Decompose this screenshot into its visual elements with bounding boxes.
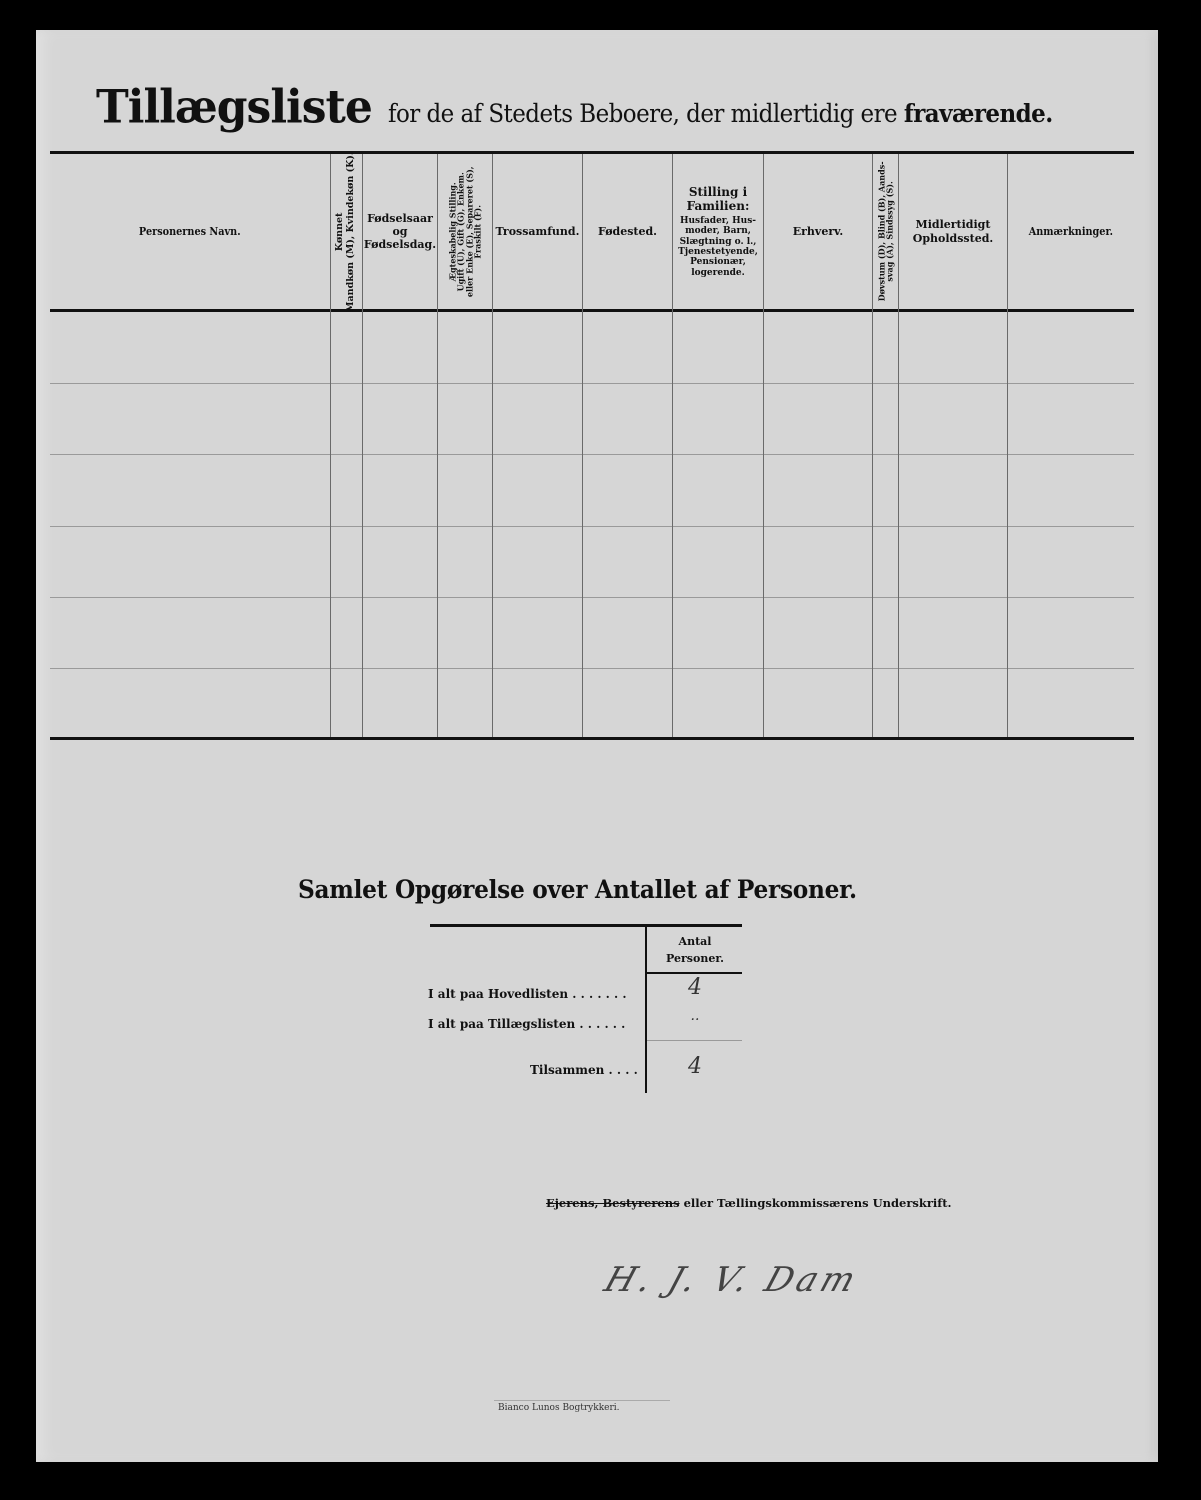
column-header-name: Personernes Navn. [50, 154, 330, 309]
column-header-temporary-residence: Midlertidigt Opholdssted. [899, 154, 1007, 309]
row-divider [50, 454, 1134, 455]
summary-top-rule [430, 924, 742, 927]
row-divider [50, 668, 1134, 669]
persons-table: Personernes Navn. Kønnet Mandkøn (M), Kv… [50, 151, 1134, 741]
table-header-rule [50, 309, 1134, 312]
signature-caption: Ejerens, Bestyrerens eller Tællingskommi… [546, 1196, 952, 1210]
column-header-birthplace: Fødested. [583, 154, 672, 309]
column-header-disability: Døvstum (D), Blind (B), Aands- svag (A),… [873, 154, 898, 309]
summary-label-main-list: I alt paa Hovedlisten . . . . . . . [428, 987, 627, 1001]
summary-label-supplement-list: I alt paa Tillægslisten . . . . . . [428, 1017, 625, 1031]
row-divider [50, 597, 1134, 598]
handwritten-signature: H. J. V. Dam [600, 1260, 865, 1300]
summary-column-divider [645, 927, 647, 1093]
printer-imprint: Bianco Lunos Bogtrykkeri. [498, 1403, 620, 1413]
summary-label-total: Tilsammen . . . . [530, 1063, 638, 1077]
summary-value-supplement-list: .. [648, 1008, 742, 1024]
footer-rule [494, 1400, 670, 1401]
form-title-subtitle: for de af Stedets Beboere, der midlertid… [388, 99, 897, 128]
signature-caption-struck: Ejerens, Bestyrerens [546, 1196, 680, 1210]
column-header-gender: Kønnet Mandkøn (M), Kvindekøn (K). [331, 154, 362, 309]
summary-subtotal-rule [647, 1040, 742, 1041]
form-title: Tillægsliste for de af Stedets Beboere, … [96, 82, 1110, 133]
row-divider [50, 383, 1134, 384]
column-header-marital-status: Ægteskabelig Stilling. Ugift (U), Gift (… [438, 154, 492, 309]
column-header-family-position: Stilling i Familien: Husfader, Hus- mode… [673, 154, 763, 309]
column-header-occupation: Erhverv. [764, 154, 872, 309]
row-divider [50, 526, 1134, 527]
column-header-birth: Fødselsaar og Fødselsdag. [363, 154, 437, 309]
form-title-main: Tillægsliste [96, 81, 372, 135]
column-header-remarks: Anmærkninger. [1008, 154, 1134, 309]
census-form-page: Tillægsliste for de af Stedets Beboere, … [36, 30, 1158, 1462]
summary-value-total: 4 [648, 1054, 742, 1079]
summary-value-main-list: 4 [648, 975, 742, 1000]
summary-header-rule [647, 972, 742, 974]
summary-title: Samlet Opgørelse over Antallet af Person… [298, 875, 857, 904]
summary-column-header: Antal Personer. [648, 934, 742, 967]
column-header-religion: Trossamfund. [493, 154, 582, 309]
form-title-emphasis: fraværende. [904, 99, 1053, 128]
table-bottom-rule [50, 737, 1134, 740]
signature-caption-text: eller Tællingskommissærens Underskrift. [684, 1196, 952, 1210]
